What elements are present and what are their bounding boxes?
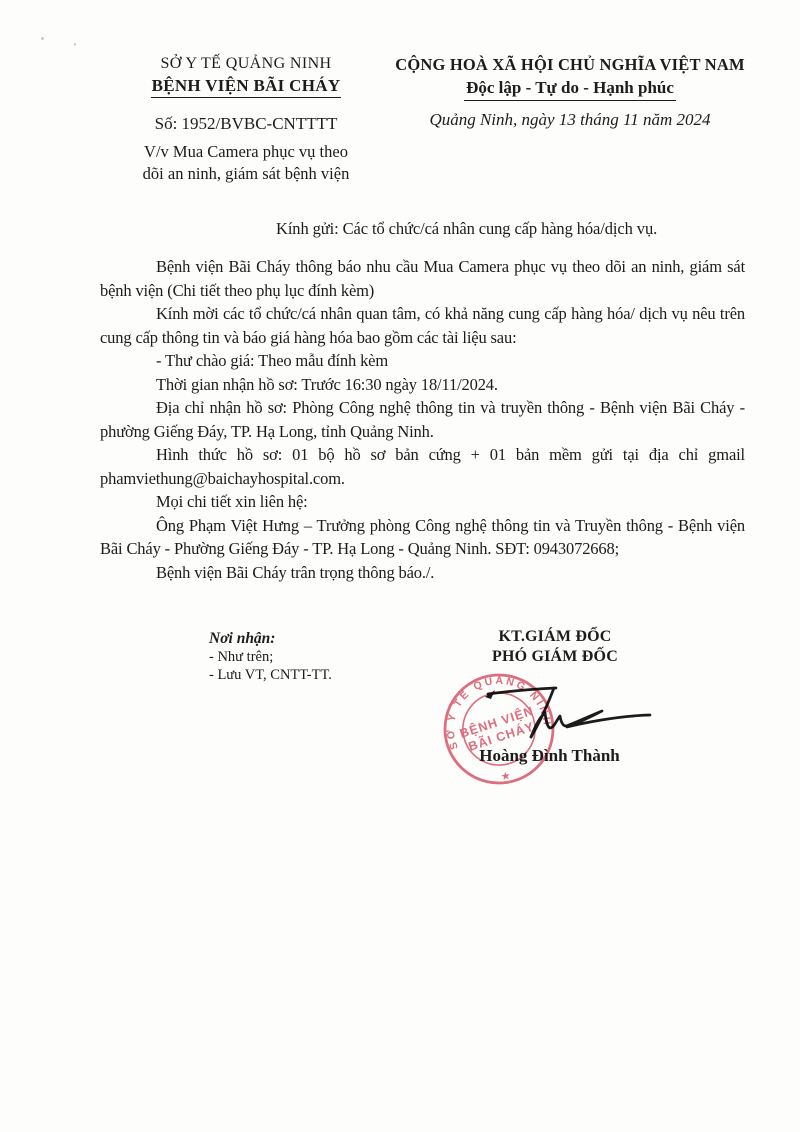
- salutation-line: Kính gửi: Các tổ chức/cá nhân cung cấp h…: [100, 219, 745, 239]
- place-and-date: Quảng Ninh, ngày 13 tháng 11 năm 2024: [392, 110, 748, 130]
- scan-speckle: [41, 37, 44, 40]
- document-number: Số: 1952/BVBC-CNTTTT: [100, 114, 392, 134]
- paragraph-announcement: Bệnh viện Bãi Cháy thông báo nhu cầu Mua…: [100, 255, 745, 302]
- recipients-block: Nơi nhận: - Như trên; - Lưu VT, CNTT-TT.: [209, 630, 332, 683]
- subject-line: V/v Mua Camera phục vụ theo dõi an ninh,…: [100, 141, 392, 184]
- paragraph-deadline: Thời gian nhận hồ sơ: Trước 16:30 ngày 1…: [100, 373, 745, 397]
- national-motto-wrap: Độc lập - Tự do - Hạnh phúc: [392, 75, 748, 101]
- paragraph-invitation: Kính mời các tổ chức/cá nhân quan tâm, c…: [100, 302, 745, 349]
- paragraph-address: Địa chỉ nhận hồ sơ: Phòng Công nghệ thôn…: [100, 396, 745, 443]
- letter-body: Bệnh viện Bãi Cháy thông báo nhu cầu Mua…: [100, 255, 745, 584]
- issuing-org-block: SỞ Y TẾ QUẢNG NINH BỆNH VIỆN BÃI CHÁY Số…: [100, 55, 392, 184]
- hospital-red-stamp: SỞ Y TẾ QUẢNG NINH ★ BỆNH VIỆN BÃI CHÁY: [436, 666, 562, 792]
- signer-title-kt-giam-doc: KT.GIÁM ĐỐC: [462, 627, 648, 647]
- paragraph-submission-format: Hình thức hồ sơ: 01 bộ hồ sơ bản cứng + …: [100, 443, 745, 490]
- letter-header: SỞ Y TẾ QUẢNG NINH BỆNH VIỆN BÃI CHÁY Số…: [100, 55, 748, 184]
- scan-speckle: [74, 43, 76, 46]
- hospital-name: BỆNH VIỆN BÃI CHÁY: [151, 76, 342, 98]
- national-motto-line2: Độc lập - Tự do - Hạnh phúc: [464, 78, 676, 101]
- recipient-item: - Lưu VT, CNTT-TT.: [209, 667, 332, 684]
- national-header-block: CỘNG HOÀ XÃ HỘI CHỦ NGHĨA VIỆT NAM Độc l…: [392, 55, 748, 184]
- paragraph-contact-person: Ông Phạm Việt Hưng – Trưởng phòng Công n…: [100, 514, 745, 561]
- subject-line-2: dõi an ninh, giám sát bệnh viện: [100, 163, 392, 185]
- subject-line-1: V/v Mua Camera phục vụ theo: [100, 141, 392, 163]
- national-motto-line1: CỘNG HOÀ XÃ HỘI CHỦ NGHĨA VIỆT NAM: [392, 55, 748, 75]
- department-name: SỞ Y TẾ QUẢNG NINH: [100, 55, 392, 73]
- stamp-star-icon: ★: [500, 770, 512, 783]
- hospital-name-wrap: BỆNH VIỆN BÃI CHÁY: [100, 73, 392, 98]
- document-page: SỞ Y TẾ QUẢNG NINH BỆNH VIỆN BÃI CHÁY Số…: [0, 0, 800, 1132]
- paragraph-quote-form: - Thư chào giá: Theo mẫu đính kèm: [100, 349, 745, 373]
- paragraph-contact-intro: Mọi chi tiết xin liên hệ:: [100, 490, 745, 514]
- recipient-item: - Như trên;: [209, 649, 332, 666]
- recipients-title: Nơi nhận:: [209, 630, 332, 648]
- paragraph-closing: Bệnh viện Bãi Cháy trân trọng thông báo.…: [100, 561, 745, 585]
